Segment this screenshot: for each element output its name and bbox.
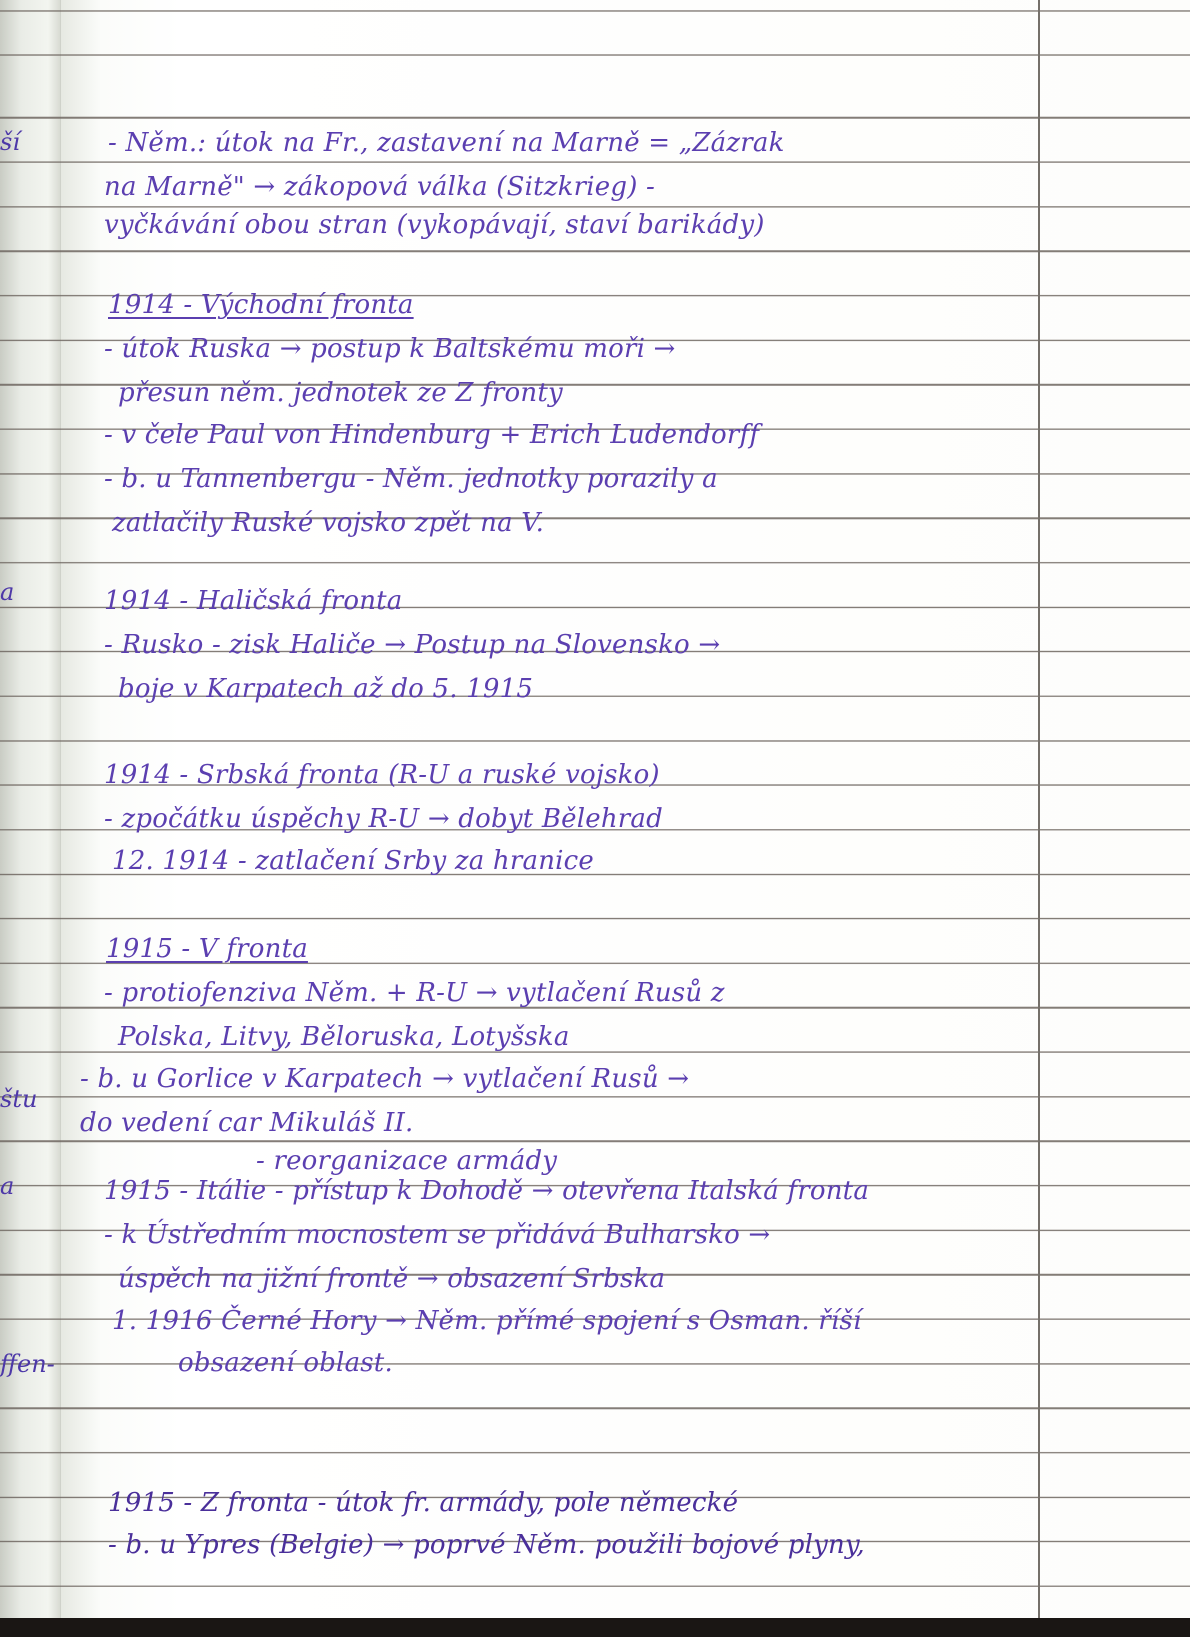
note-line: - b. u Gorlice v Karpatech → vytlačení R… bbox=[80, 1064, 689, 1094]
note-line: - útok Ruska → postup k Baltskému moři → bbox=[104, 334, 676, 364]
note-line: obsazení oblast. bbox=[178, 1348, 393, 1378]
margin-fragment: štu bbox=[0, 1085, 37, 1113]
page-bottom-edge bbox=[0, 1618, 1190, 1637]
note-line: - v čele Paul von Hindenburg + Erich Lud… bbox=[104, 420, 759, 450]
note-line: do vedení car Mikuláš II. bbox=[80, 1108, 413, 1138]
section-heading: 1915 - Z fronta - útok fr. armády, pole … bbox=[108, 1488, 738, 1518]
section-heading: 1914 - Haličská fronta bbox=[104, 586, 403, 616]
note-line: - Rusko - zisk Haliče → Postup na Sloven… bbox=[104, 630, 720, 660]
note-line: 12. 1914 - zatlačení Srby za hranice bbox=[112, 846, 594, 876]
note-line: - zpočátku úspěchy R-U → dobyt Bělehrad bbox=[104, 804, 663, 834]
note-line: na Marně" → zákopová válka (Sitzkrieg) - bbox=[104, 172, 655, 202]
note-line: - protiofenziva Něm. + R-U → vytlačení R… bbox=[104, 978, 725, 1008]
margin-fragment: a bbox=[0, 578, 14, 606]
section-heading: 1915 - V fronta bbox=[106, 934, 308, 964]
note-line: úspěch na jižní frontě → obsazení Srbska bbox=[118, 1264, 665, 1294]
note-line: - reorganizace armády bbox=[256, 1146, 557, 1176]
note-line: - b. u Tannenbergu - Něm. jednotky poraz… bbox=[104, 464, 718, 494]
margin-fragment: ffen- bbox=[0, 1350, 55, 1378]
section-heading: 1914 - Srbská fronta (R-U a ruské vojsko… bbox=[104, 760, 660, 790]
note-line: 1. 1916 Černé Hory → Něm. přímé spojení … bbox=[112, 1306, 862, 1336]
note-line: 1915 - Itálie - přístup k Dohodě → otevř… bbox=[104, 1176, 869, 1206]
note-line: - b. u Ypres (Belgie) → poprvé Něm. použ… bbox=[108, 1530, 865, 1560]
section-heading: 1914 - Východní fronta bbox=[108, 290, 414, 320]
note-line: Polska, Litvy, Běloruska, Lotyšska bbox=[118, 1022, 570, 1052]
note-line: boje v Karpatech až do 5. 1915 bbox=[118, 674, 533, 704]
note-line: přesun něm. jednotek ze Z fronty bbox=[118, 378, 563, 408]
margin-fragment: a bbox=[0, 1172, 14, 1200]
note-line: zatlačily Ruské vojsko zpět na V. bbox=[112, 508, 544, 538]
margin-fragment: ší bbox=[0, 128, 20, 156]
margin-line bbox=[1038, 0, 1040, 1637]
note-line: - Něm.: útok na Fr., zastavení na Marně … bbox=[108, 128, 785, 158]
note-line: vyčkávání obou stran (vykopávají, staví … bbox=[104, 210, 765, 240]
note-line: - k Ústředním mocnostem se přidává Bulha… bbox=[104, 1220, 770, 1250]
